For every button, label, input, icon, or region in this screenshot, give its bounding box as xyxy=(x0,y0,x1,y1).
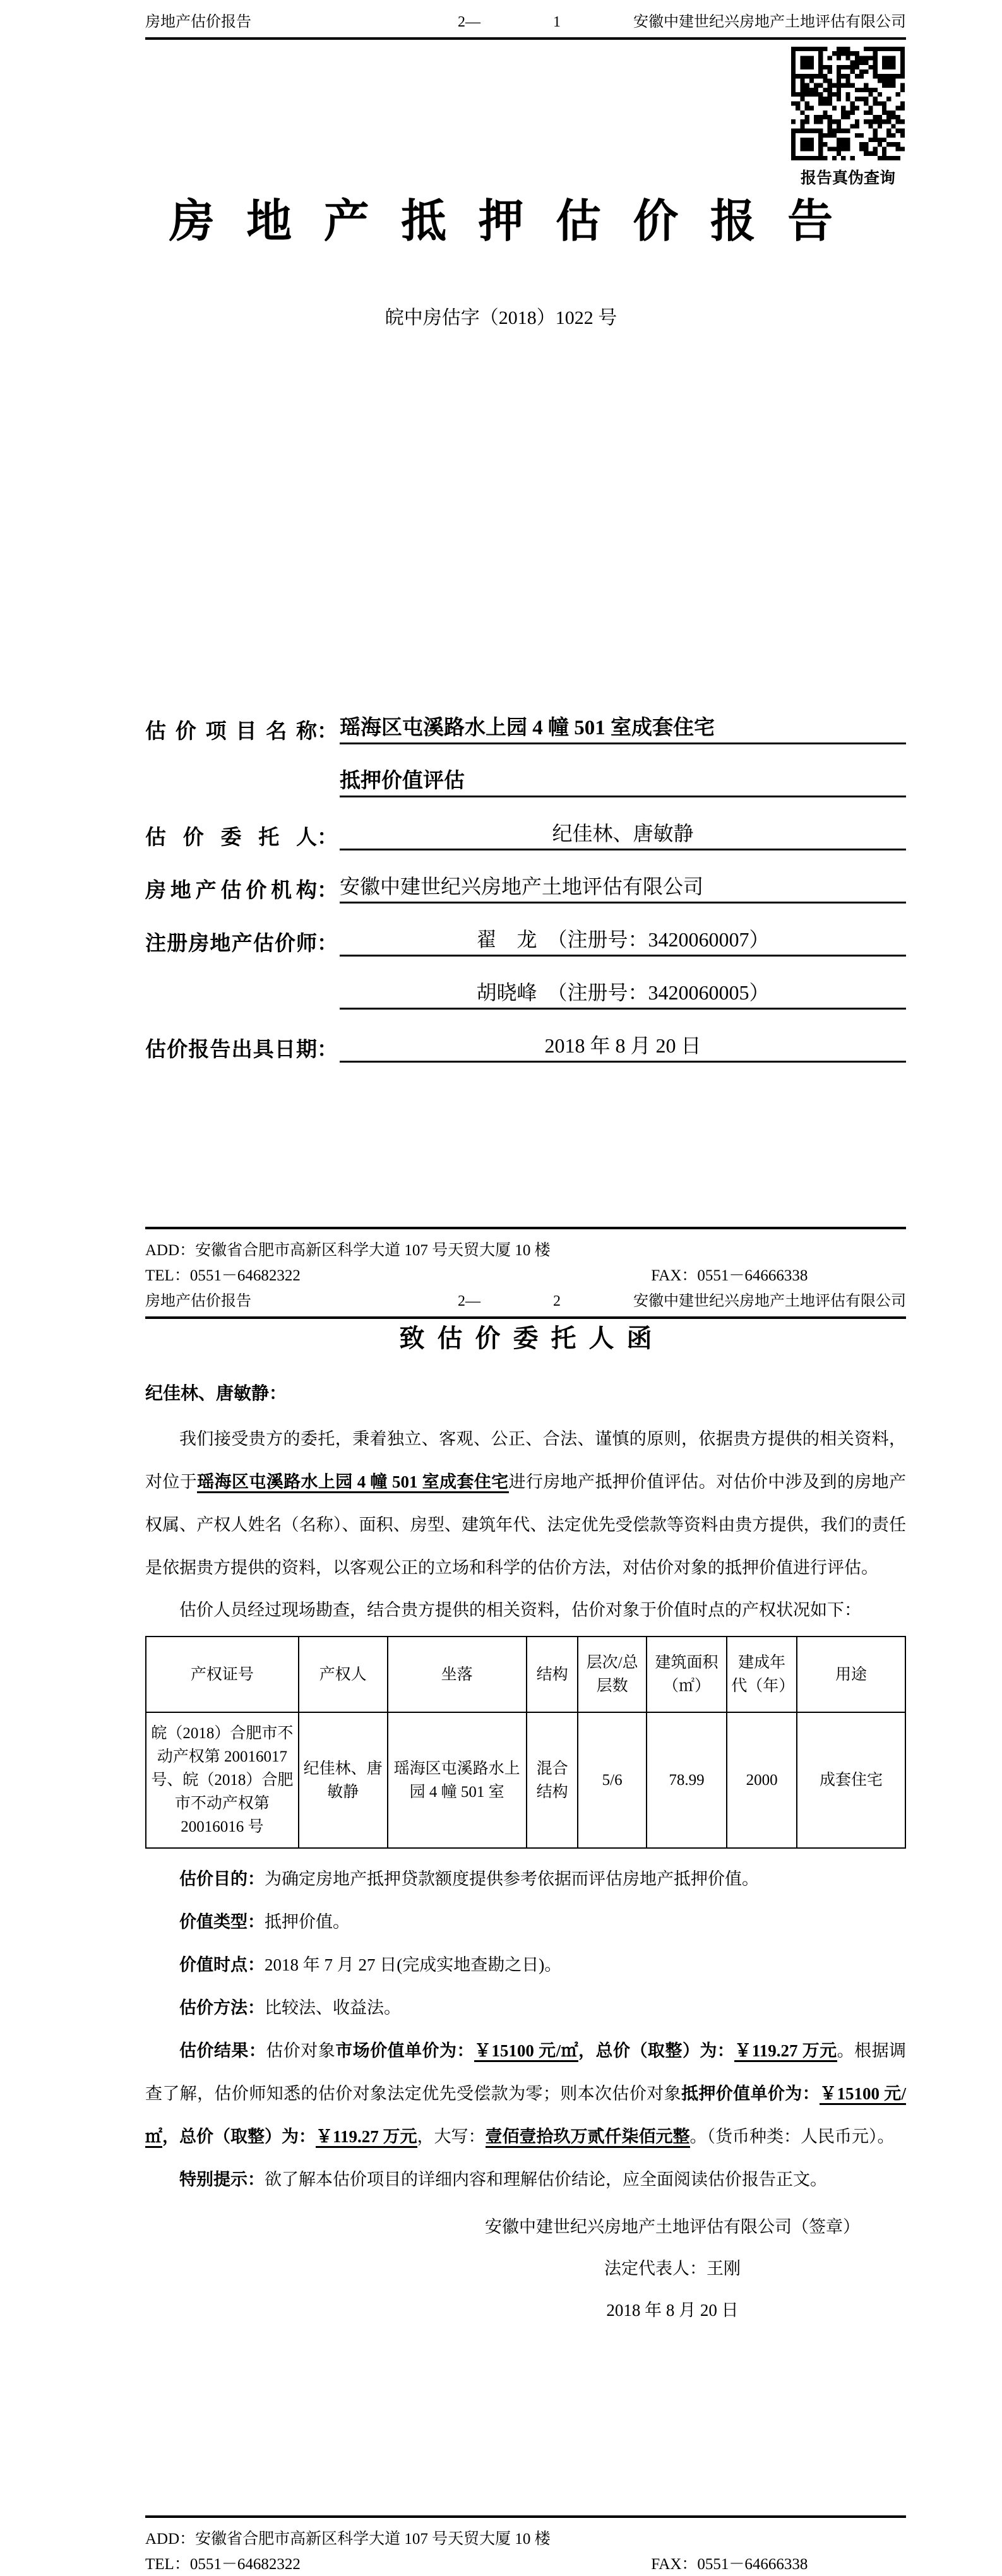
field-label: 估价委托人 xyxy=(145,821,317,850)
cover-fields: 估价项目名称 ： 瑶海区屯溪路水上园 4 幢 501 室成套住宅 抵押价值评估 … xyxy=(145,691,906,1063)
signature-legal-rep: 法定代表人：王刚 xyxy=(451,2248,893,2289)
address-value: 安徽省合肥市高新区科学大道 107 号天贸大厦 10 楼 xyxy=(195,2531,551,2548)
cell-area: 78.99 xyxy=(647,1712,727,1848)
letter-salutation: 纪佳林、唐敏静： xyxy=(145,1381,906,1407)
col-header-use: 用途 xyxy=(797,1637,905,1712)
qr-verification-block: 报告真伪查询 xyxy=(791,45,905,188)
footer-address-line: ADD：安徽省合肥市高新区科学大道 107 号天贸大厦 10 楼 xyxy=(145,2527,906,2552)
col-header-floor: 层次/总层数 xyxy=(578,1637,646,1712)
signature-block: 安徽中建世纪兴房地产土地评估有限公司（签章） 法定代表人：王刚 2018 年 8… xyxy=(451,2206,893,2331)
field-colon: ： xyxy=(317,927,340,957)
tel-cell: TEL：0551－64682322 xyxy=(145,1263,647,1289)
tel-value: 0551－64682322 xyxy=(190,2556,301,2573)
report-title: 房地产抵押估价报告 xyxy=(0,184,1002,250)
running-header-page-indicator: 2— 2 xyxy=(385,1293,633,1310)
running-header-company: 安徽中建世纪兴房地产土地评估有限公司 xyxy=(633,9,906,31)
footer-contact-line: TEL：0551－64682322 FAX：0551－64666338 xyxy=(145,1263,906,1289)
field-row-project-name-cont: 抵押价值评估 xyxy=(145,744,906,797)
cell-use: 成套住宅 xyxy=(797,1712,905,1848)
col-header-area: 建筑面积（㎡） xyxy=(647,1637,727,1712)
col-header-structure: 结构 xyxy=(527,1637,578,1712)
field-label: 估价项目名称 xyxy=(145,715,317,744)
property-rights-table: 产权证号 产权人 坐落 结构 层次/总层数 建筑面积（㎡） 建成年代（年） 用途… xyxy=(145,1636,906,1849)
paragraph-purpose: 估价目的：为确定房地产抵押贷款额度提供参考依据而评估房地产抵押价值。 xyxy=(145,1857,906,1900)
field-colon: ： xyxy=(317,821,340,850)
fax-label: FAX： xyxy=(651,1267,697,1284)
letter-paragraph-survey: 估价人员经过现场勘查，结合贵方提供的相关资料，估价对象于价值时点的产权状况如下： xyxy=(145,1589,906,1631)
field-value: 胡晓峰 （注册号：3420060005） xyxy=(340,977,906,1010)
page1-running-header: 房地产估价报告 2— 1 安徽中建世纪兴房地产土地评估有限公司 xyxy=(145,9,906,40)
fax-cell: FAX：0551－64666338 xyxy=(651,1267,808,1284)
address-label: ADD： xyxy=(145,1242,195,1259)
cell-location: 瑶海区屯溪路水上园 4 幢 501 室 xyxy=(388,1712,527,1848)
page2-running-header: 房地产估价报告 2— 2 安徽中建世纪兴房地产土地评估有限公司 xyxy=(145,1288,906,1319)
footer-contact-line: TEL：0551－64682322 FAX：0551－64666338 xyxy=(145,2552,906,2576)
field-row-project-name: 估价项目名称 ： 瑶海区屯溪路水上园 4 幢 501 室成套住宅 xyxy=(145,691,906,744)
footer-address-line: ADD：安徽省合肥市高新区科学大道 107 号天贸大厦 10 楼 xyxy=(145,1238,906,1263)
fax-value: 0551－64666338 xyxy=(697,1267,808,1284)
fax-label: FAX： xyxy=(651,2556,697,2573)
field-colon: ： xyxy=(317,715,340,744)
paragraph-result: 估价结果：估价对象市场价值单价为：￥15100 元/㎡，总价（取整）为：￥119… xyxy=(145,2029,906,2158)
table-row: 皖（2018）合肥市不动产权第 20016017 号、皖（2018）合肥市不动产… xyxy=(146,1712,905,1848)
field-value: 翟 龙 （注册号：3420060007） xyxy=(340,924,906,957)
page-count-label: 2— xyxy=(458,1293,480,1310)
running-header-page-indicator: 2— 1 xyxy=(385,14,633,31)
letter-paragraph-commission: 我们接受贵方的委托，秉着独立、客观、公正、合法、谨慎的原则，依据贵方提供的相关资… xyxy=(145,1417,906,1589)
col-header-owner: 产权人 xyxy=(299,1637,388,1712)
page-count-label: 2— xyxy=(458,14,480,31)
table-header-row: 产权证号 产权人 坐落 结构 层次/总层数 建筑面积（㎡） 建成年代（年） 用途 xyxy=(146,1637,905,1712)
field-value: 2018 年 8 月 20 日 xyxy=(340,1030,906,1063)
field-colon: ： xyxy=(317,1033,340,1063)
field-value: 抵押价值评估 xyxy=(340,764,906,797)
col-header-location: 坐落 xyxy=(388,1637,527,1712)
letter-to-client: 致估价委托人函 纪佳林、唐敏静： 我们接受贵方的委托，秉着独立、客观、公正、合法… xyxy=(145,1318,906,2331)
running-header-doc-type: 房地产估价报告 xyxy=(145,1288,385,1310)
field-label: 房地产估价机构 xyxy=(145,874,317,903)
field-value: 瑶海区屯溪路水上园 4 幢 501 室成套住宅 xyxy=(340,711,906,744)
paragraph-value-date: 价值时点：2018 年 7 月 27 日(完成实地查勘之日)。 xyxy=(145,1943,906,1986)
field-value: 纪佳林、唐敏静 xyxy=(340,818,906,850)
page-number: 1 xyxy=(553,14,561,31)
running-header-company: 安徽中建世纪兴房地产土地评估有限公司 xyxy=(633,1288,906,1310)
paragraph-value-type: 价值类型：抵押价值。 xyxy=(145,1900,906,1943)
signature-company: 安徽中建世纪兴房地产土地评估有限公司（签章） xyxy=(451,2206,893,2248)
address-value: 安徽省合肥市高新区科学大道 107 号天贸大厦 10 楼 xyxy=(195,1242,551,1259)
cell-year: 2000 xyxy=(727,1712,797,1848)
field-row-agency: 房地产估价机构 ： 安徽中建世纪兴房地产土地评估有限公司 xyxy=(145,850,906,903)
field-row-appraiser-1: 注册房地产估价师 ： 翟 龙 （注册号：3420060007） xyxy=(145,903,906,957)
page-number: 2 xyxy=(553,1293,561,1310)
fax-cell: FAX：0551－64666338 xyxy=(651,2556,808,2573)
cell-owner: 纪佳林、唐敏静 xyxy=(299,1712,388,1848)
cell-cert-no: 皖（2018）合肥市不动产权第 20016017 号、皖（2018）合肥市不动产… xyxy=(146,1712,299,1848)
col-header-cert-no: 产权证号 xyxy=(146,1637,299,1712)
tel-cell: TEL：0551－64682322 xyxy=(145,2552,647,2576)
col-header-year: 建成年代（年） xyxy=(727,1637,797,1712)
tel-label: TEL： xyxy=(145,2556,190,2573)
qr-code-image xyxy=(791,45,905,162)
field-value: 安徽中建世纪兴房地产土地评估有限公司 xyxy=(340,871,906,903)
page1-footer: ADD：安徽省合肥市高新区科学大道 107 号天贸大厦 10 楼 TEL：055… xyxy=(145,1227,906,1289)
field-row-appraiser-2: 胡晓峰 （注册号：3420060005） xyxy=(145,957,906,1010)
address-label: ADD： xyxy=(145,2531,195,2548)
paragraph-notice: 特别提示：欲了解本估价项目的详细内容和理解估价结论，应全面阅读估价报告正文。 xyxy=(145,2158,906,2201)
paragraph-method: 估价方法：比较法、收益法。 xyxy=(145,1986,906,2029)
letter-title: 致估价委托人函 xyxy=(145,1318,906,1354)
report-number: 皖中房估字（2018）1022 号 xyxy=(0,302,1002,330)
page2-footer: ADD：安徽省合肥市高新区科学大道 107 号天贸大厦 10 楼 TEL：055… xyxy=(145,2515,906,2576)
fax-value: 0551－64666338 xyxy=(697,2556,808,2573)
field-row-client: 估价委托人 ： 纪佳林、唐敏静 xyxy=(145,797,906,850)
field-label: 注册房地产估价师 xyxy=(145,927,317,957)
tel-value: 0551－64682322 xyxy=(190,1267,301,1284)
tel-label: TEL： xyxy=(145,1267,190,1284)
field-colon: ： xyxy=(317,874,340,903)
field-row-issue-date: 估价报告出具日期 ： 2018 年 8 月 20 日 xyxy=(145,1010,906,1063)
running-header-doc-type: 房地产估价报告 xyxy=(145,9,385,31)
signature-date: 2018 年 8 月 20 日 xyxy=(451,2289,893,2331)
cell-floor: 5/6 xyxy=(578,1712,646,1848)
field-label: 估价报告出具日期 xyxy=(145,1033,317,1063)
cell-structure: 混合结构 xyxy=(527,1712,578,1848)
